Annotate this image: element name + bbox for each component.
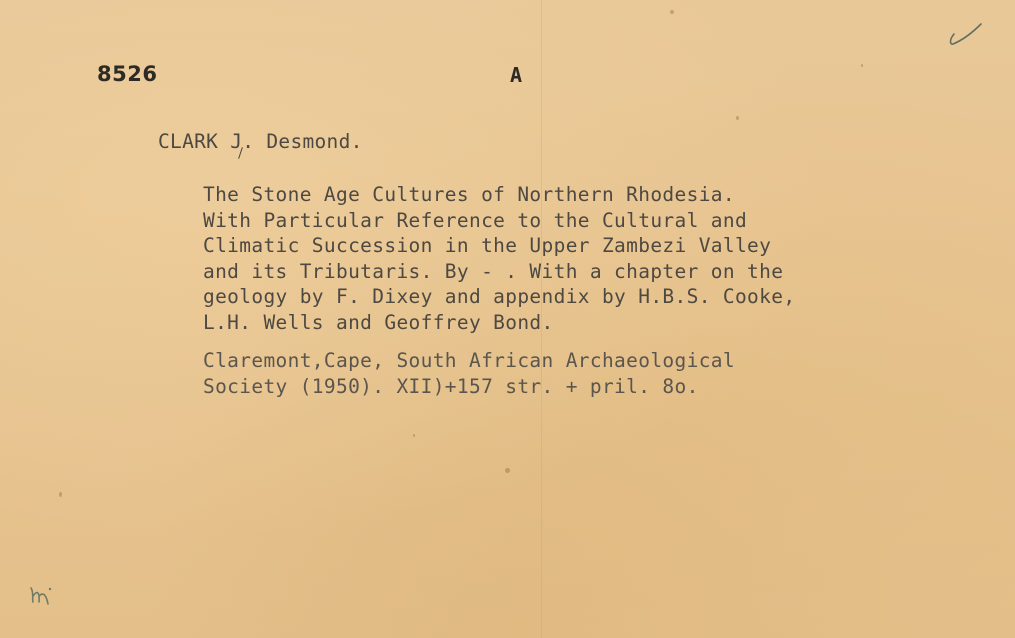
author-heading: CLARK J. Desmond. — [158, 130, 363, 153]
title-line: geology by F. Dixey and appendix by H.B.… — [203, 284, 795, 310]
title-line: and its Tributaris. By - . With a chapte… — [203, 259, 795, 285]
imprint-line: Claremont,Cape, South African Archaeolog… — [203, 348, 735, 374]
title-line: L.H. Wells and Geoffrey Bond. — [203, 310, 795, 336]
paper-speck — [861, 64, 863, 67]
paper-speck — [736, 116, 739, 120]
title-line: The Stone Age Cultures of Northern Rhode… — [203, 182, 795, 208]
section-mark: A — [510, 63, 522, 87]
title-line: With Particular Reference to the Cultura… — [203, 208, 795, 234]
paper-speck — [413, 434, 415, 437]
imprint-statement: Claremont,Cape, South African Archaeolog… — [203, 348, 735, 399]
accession-number: 8526 — [97, 62, 157, 86]
paper-speck — [505, 468, 510, 473]
check-mark-icon — [945, 22, 985, 52]
imprint-line: Society (1950). XII)+157 str. + pril. 8o… — [203, 374, 735, 400]
catalog-card: 8526 A CLARK J. Desmond. The Stone Age C… — [0, 0, 1015, 638]
paper-speck — [670, 10, 674, 14]
title-statement: The Stone Age Cultures of Northern Rhode… — [203, 182, 795, 335]
handwritten-initials-icon — [28, 582, 58, 612]
paper-speck — [59, 492, 62, 497]
title-line: Climatic Succession in the Upper Zambezi… — [203, 233, 795, 259]
